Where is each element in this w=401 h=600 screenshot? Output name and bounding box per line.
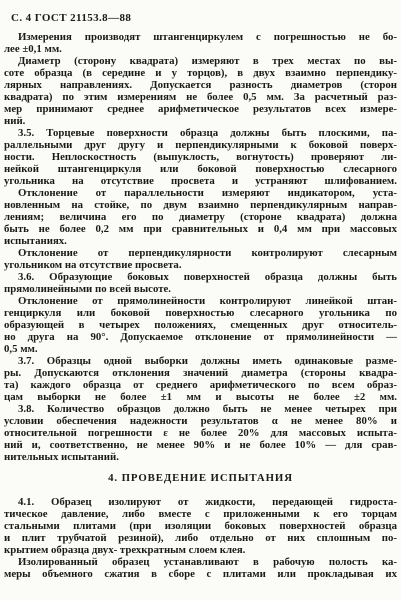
text-line: лярных направлениях. Допускается разност… [4,79,397,91]
text-line: условии обеспечения надежности результат… [4,415,397,427]
text-line: 3.6. Образующие боковых поверхностей обр… [4,271,397,283]
text-line: и плит трубчатой резиной), либо отдельно… [4,532,397,544]
text-line: новленным на стойке, по двум взаимно пер… [4,199,397,211]
paragraph: Диаметр (сторону квадрата) измеряют в тр… [4,55,397,127]
text-line: Отклонение от параллельности измеряют ин… [4,187,397,199]
paragraph: 3.6. Образующие боковых поверхностей обр… [4,271,397,295]
text-line: угольника на отсутствие просвета и устра… [4,175,397,187]
text-line: мер принимают среднее арифметическое рез… [4,103,397,115]
text-line: быть не более 0,2 мм при сравнительных и… [4,223,397,235]
text-line: относительной погрешности ε не более 20%… [4,427,397,439]
text-line: лениям; величина его по диаметру (сторон… [4,211,397,223]
text-line: тическое давление, либо вместе с приложе… [4,508,397,520]
paragraph: 3.8. Количество образцов должно быть не … [4,403,397,463]
text-line: соте образца (в середине и у торцов), в … [4,67,397,79]
text-line: образующей в четырех положениях, смещенн… [4,319,397,331]
paragraph: Отклонение от параллельности измеряют ин… [4,187,397,247]
text-line: квадрата) по этим измерениям не более 0,… [4,91,397,103]
text-line: 3.7. Образцы одной выборки должны иметь … [4,355,397,367]
text-line: ры. Допускаются отклонения значений диам… [4,367,397,379]
text-line: Отклонение от прямолинейности контролиру… [4,295,397,307]
paragraph: 3.5. Торцевые поверхности образца должны… [4,127,397,187]
paragraph: Отклонение от прямолинейности контролиру… [4,295,397,355]
text-line: крытием образца двух- трехкратным слоем … [4,544,397,556]
text-line: нительных испытаний. [4,451,397,463]
text-line: та) каждого образца от среднего арифмети… [4,379,397,391]
paragraph: 3.7. Образцы одной выборки должны иметь … [4,355,397,403]
text-line: но друга на 90°. Допускаемое отклонение … [4,331,397,343]
text-line: нейкой штангенциркуля или боковой поверх… [4,163,397,175]
text-line: стальными плитами (при изоляции боковых … [4,520,397,532]
text-line: раллельными друг другу и перпендикулярны… [4,139,397,151]
paragraph: Отклонение от перпендикулярности контрол… [4,247,397,271]
text-line: Изолированный образец устанавливают в ра… [4,556,397,568]
text-line: 3.5. Торцевые поверхности образца должны… [4,127,397,139]
text-line: испытаниях. [4,235,397,247]
text-line: 4.1. Образец изолируют от жидкости, пере… [4,496,397,508]
paragraph: 4.1. Образец изолируют от жидкости, пере… [4,496,397,556]
text-line: генциркуля или боковой поверхностью слес… [4,307,397,319]
text-line: прямолинейными по всей высоте. [4,283,397,295]
text-line: ний и, соответственно, не менее 90% и не… [4,439,397,451]
section-heading: 4. ПРОВЕДЕНИЕ ИСПЫТАНИЯ [4,472,397,484]
text-line: ности. Неплоскостность (выпуклость, вогн… [4,151,397,163]
paragraph: Измерения производят штангенциркулем с п… [4,31,397,55]
document-body: Измерения производят штангенциркулем с п… [4,31,397,580]
text-line: Диаметр (сторону квадрата) измеряют в тр… [4,55,397,67]
text-line: 3.8. Количество образцов должно быть не … [4,403,397,415]
document-page: С. 4 ГОСТ 21153.8—88 Измерения производя… [0,0,401,600]
text-line: меры объемного сжатия в сборе с плитами … [4,568,397,580]
text-line: Измерения производят штангенциркулем с п… [4,31,397,43]
paragraph: Изолированный образец устанавливают в ра… [4,556,397,580]
text-line: лее ±0,1 мм. [4,43,397,55]
text-line: 0,5 мм. [4,343,397,355]
text-line: угольником на отсутствие просвета. [4,259,397,271]
text-line: ний. [4,115,397,127]
text-line: цам выборки не более ±1 мм и высоты не б… [4,391,397,403]
page-header: С. 4 ГОСТ 21153.8—88 [11,12,131,24]
text-line: Отклонение от перпендикулярности контрол… [4,247,397,259]
